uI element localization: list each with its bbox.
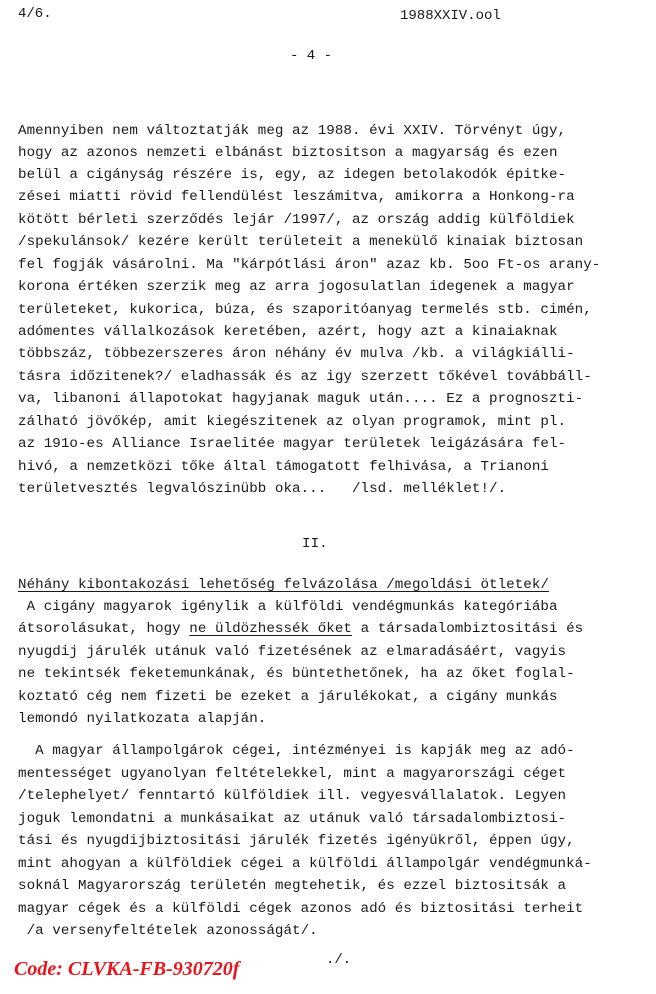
text-line: fel fogják vásárolni. Ma "kárpótlási áro… [18,255,600,275]
text-line: magyar cégek és a külföldi cégek azonos … [18,899,583,919]
text-line: nyugdij járulék utánuk való fizetésének … [18,642,566,662]
text-line: Amennyiben nem változtatják meg az 1988.… [18,121,566,141]
text-line: hogy az azonos nemzeti elbánást biztosit… [18,143,558,163]
text-line: területeket, kukorica, búza, és szaporit… [18,300,592,320]
text-line: korona értéken szerzik meg az arra jogos… [18,277,575,297]
text-line: soknál Magyarország területén megtehetik… [18,876,566,896]
section-number: II. [302,534,328,554]
text-line: mint ahogyan a külföldiek cégei a külföl… [18,854,592,874]
text-line: zései miatti rövid fellendülést leszámit… [18,187,575,207]
text-line: kötött bérleti szerződés lejár /1997/, a… [18,210,575,230]
text-line: ne tekintsék feketemunkának, és büntethe… [18,664,575,684]
page-number: - 4 - [290,48,332,64]
text-line: /a versenyfeltételek azonosságát/. [18,921,318,941]
end-mark: ./. [326,952,351,968]
document-reference: 1988XXIV.ool [400,8,501,24]
text-line: zálható jövőkép, amit kiegészitenek az o… [18,412,566,432]
text-line: hivó, a nemzetközi tőke által támogatott… [18,457,549,477]
text-line: tásra időzitenek?/ eladhassák és az igy … [18,367,592,387]
text-line: belül a cigányság részére is, egy, az id… [18,165,566,185]
text-line: A cigány magyarok igénylik a külföldi ve… [18,597,558,617]
text-line: joguk lemondatni a munkásaikat az utánuk… [18,809,566,829]
text-line: az 191o-es Alliance Israelitée magyar te… [18,434,566,454]
text-line: többszáz, többezerszeres áron néhány év … [18,344,575,364]
underlined-phrase: ne üldözhessék őket [189,621,352,637]
text-line: koztató cég nem fizeti be ezeket a járul… [18,687,558,707]
text-segment: átsorolásukat, hogy [18,621,189,637]
text-line: területvesztés legvalószinübb oka... /ls… [18,479,506,499]
text-line: A magyar állampolgárok cégei, intézménye… [18,741,575,761]
page-fraction: 4/6. [18,6,52,22]
text-line: /spekulánsok/ kezére került területeit a… [18,232,583,252]
text-segment: a társadalombiztositási és [352,621,583,637]
text-line: /telephelyet/ fenntartó külföldiek ill. … [18,786,566,806]
text-line: tási és nyugdijbiztositási járulék fizet… [18,831,575,851]
text-line: mentességet ugyanolyan feltételekkel, mi… [18,764,566,784]
text-line: átsorolásukat, hogy ne üldözhessék őket … [18,619,583,639]
section-heading: Néhány kibontakozási lehetőség felvázolá… [18,575,549,595]
text-line: lemondó nyilatkozata alapján. [18,709,266,729]
text-line: adómentes vállalkozások keretében, azért… [18,322,558,342]
document-code-label: Code: CLVKA-FB-930720f [14,958,239,981]
text-line: va, libanoni állapotokat hagyjanak maguk… [18,389,583,409]
